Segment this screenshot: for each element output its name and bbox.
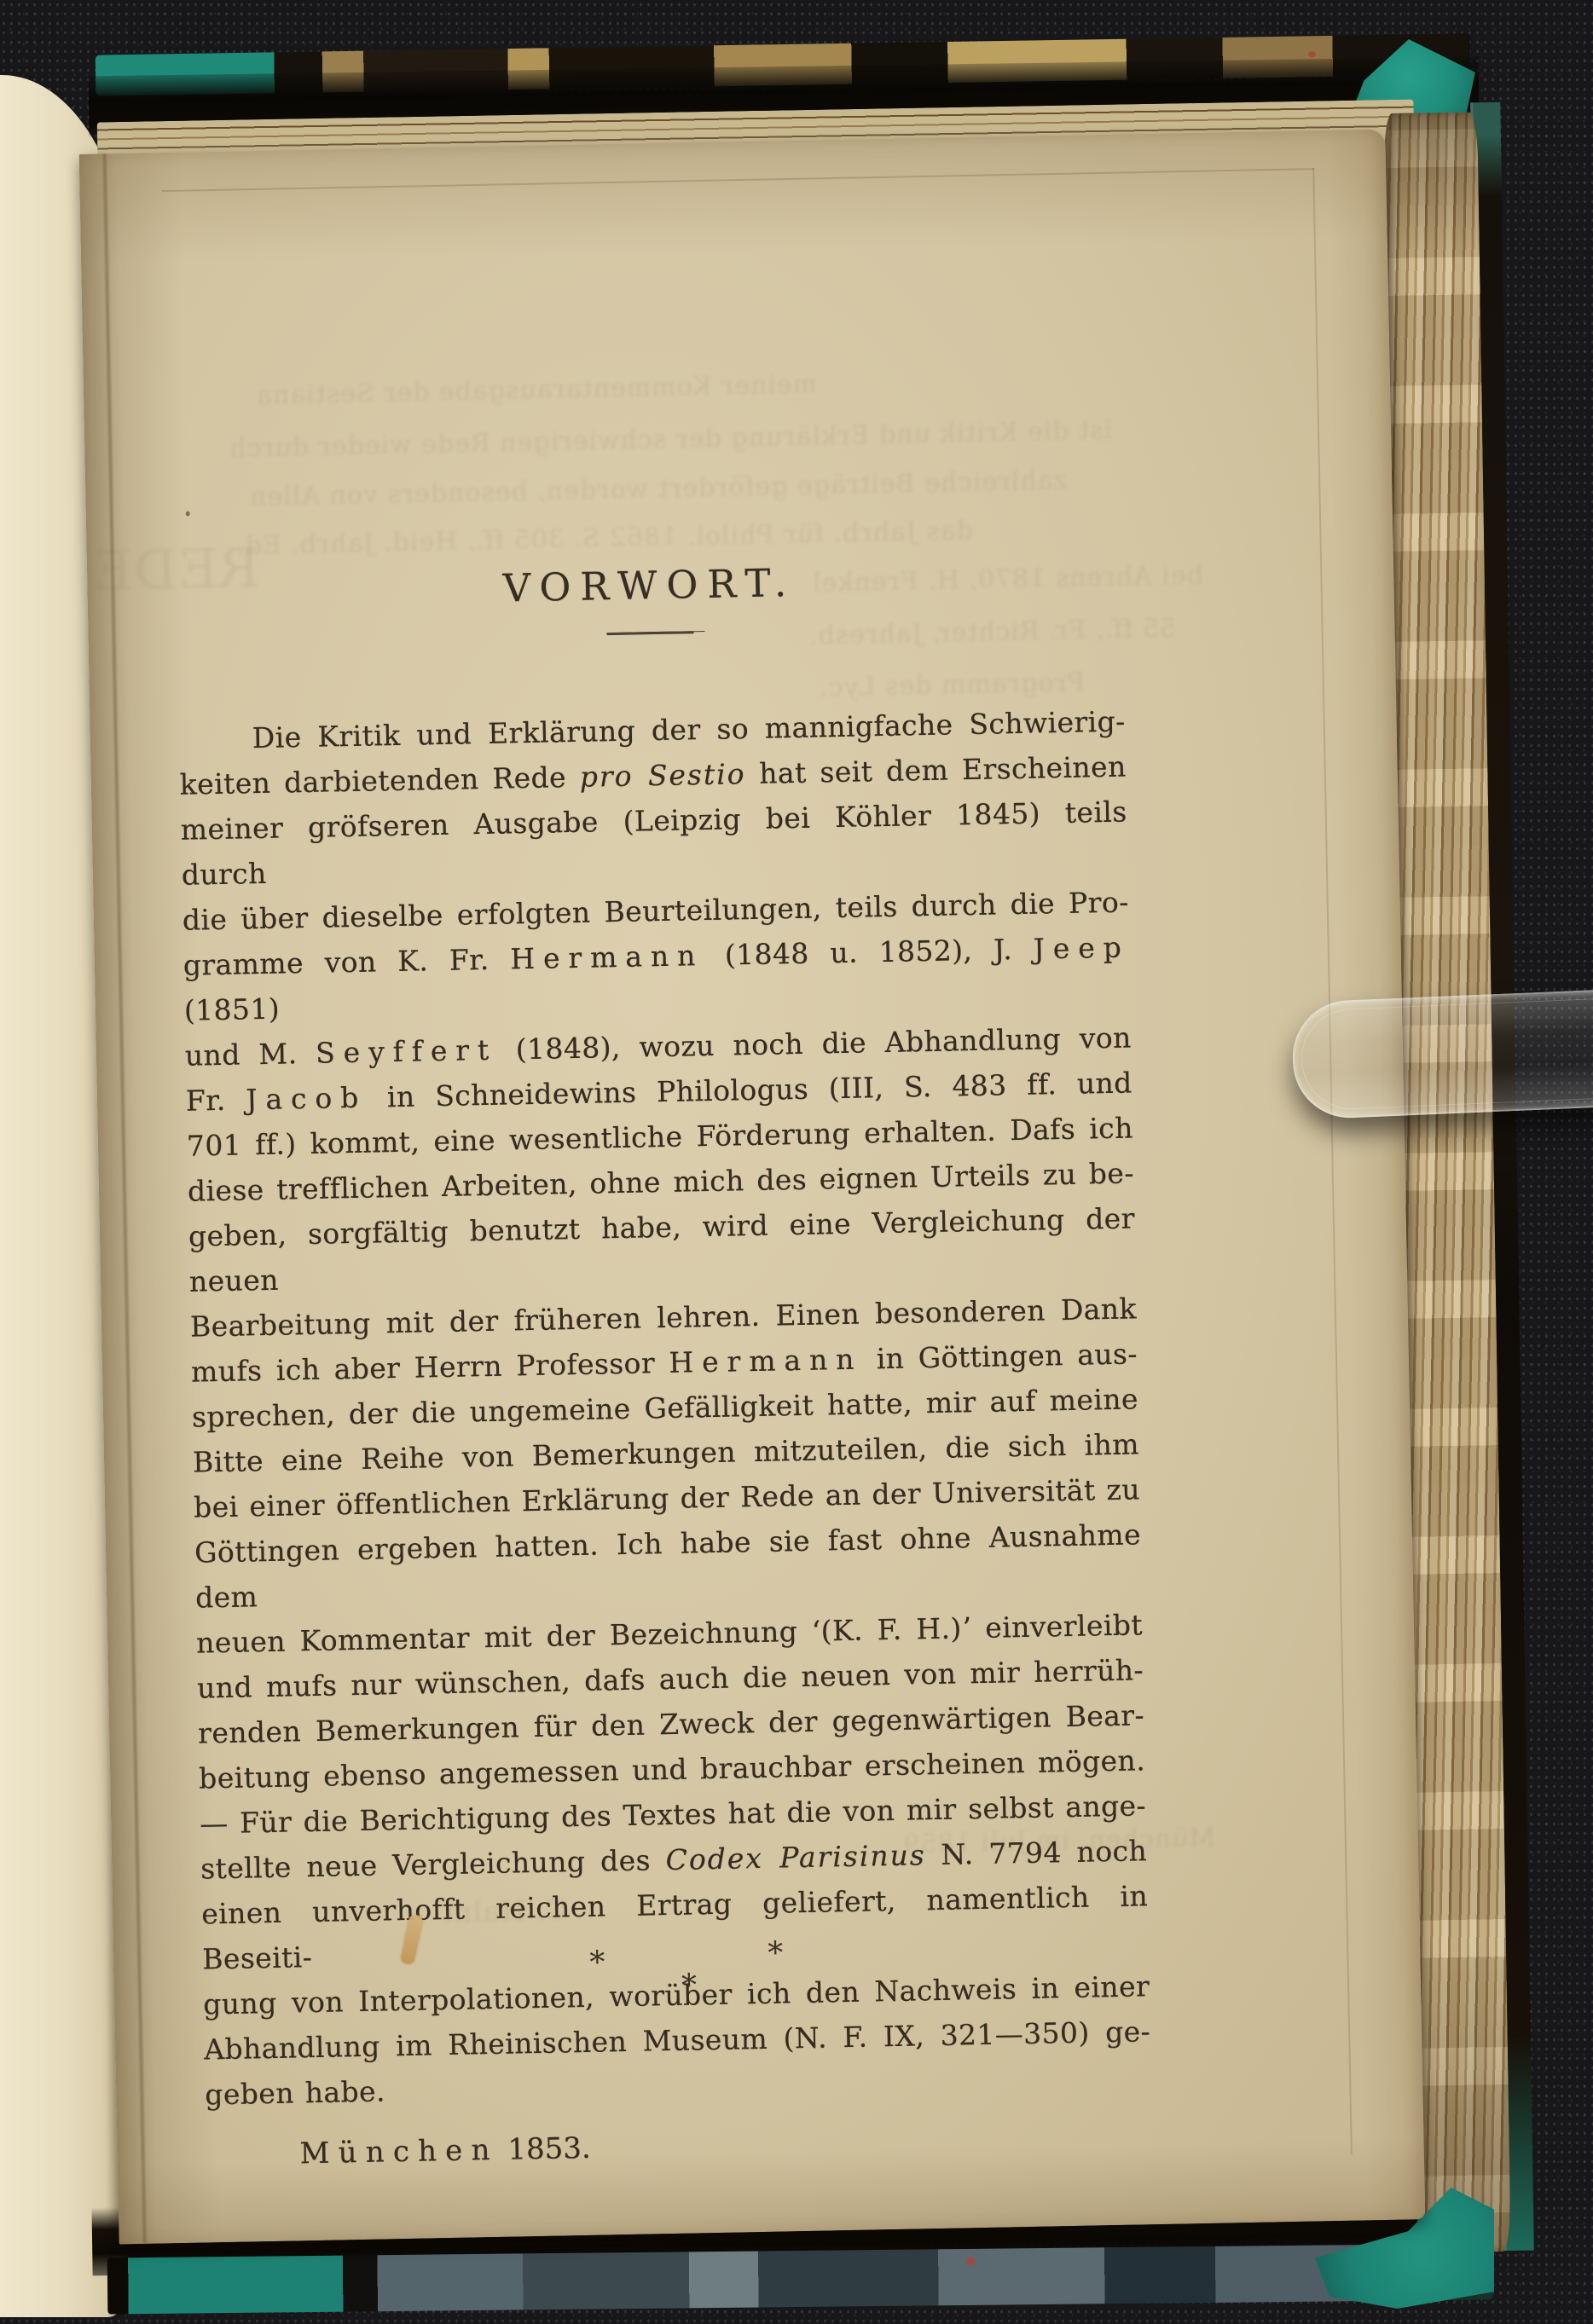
asterisk-ornament: * <box>589 1947 605 1978</box>
red-paint-fleck <box>966 2258 976 2265</box>
book-page: VORWORT. Die Kritik und Erklärung der so… <box>79 130 1426 2245</box>
page-title: VORWORT. <box>176 554 1123 617</box>
under-sheet-edge-vertical <box>1312 168 1353 2154</box>
plastic-page-holder <box>1290 990 1593 1120</box>
plastic-page-holder-inner-edge <box>1300 998 1593 1112</box>
dateline: München 1853. <box>206 2120 1153 2172</box>
title-rule <box>606 631 693 635</box>
book-scan-scene: VORWORT. Die Kritik und Erklärung der so… <box>0 0 1593 2324</box>
asterisk-ornament: * <box>681 1970 698 2001</box>
asterisk-ornament: * <box>768 1938 784 1968</box>
body-text: Die Kritik und Erklärung der so mannigfa… <box>178 699 1151 2118</box>
page-content: VORWORT. Die Kritik und Erklärung der so… <box>168 135 1153 2173</box>
red-paint-fleck <box>1308 51 1316 57</box>
